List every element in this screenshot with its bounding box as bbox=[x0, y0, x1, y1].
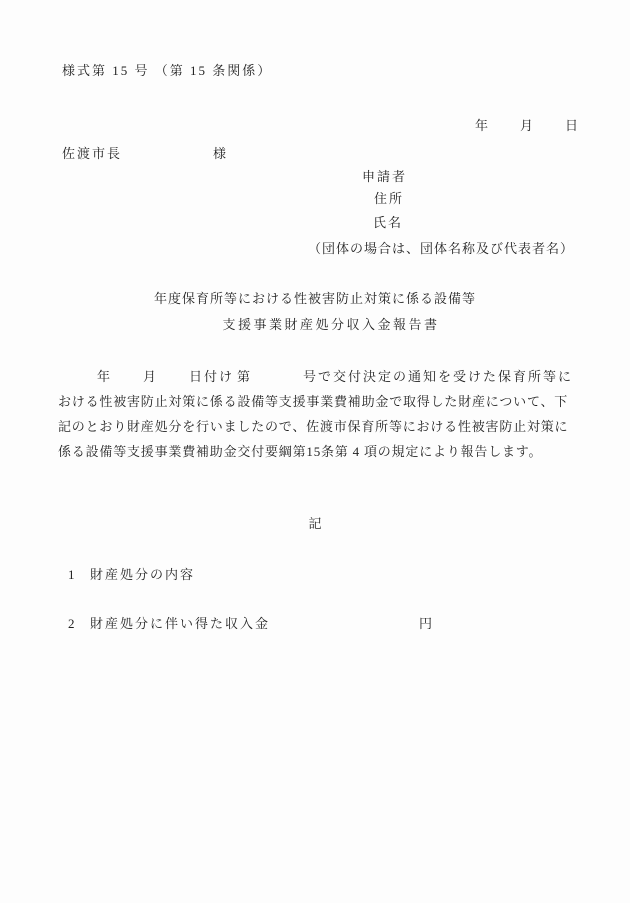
item-1-number: 1 bbox=[68, 566, 77, 584]
body-line1-year: 年 bbox=[97, 368, 112, 386]
item-2-number: 2 bbox=[68, 615, 77, 633]
body-line1-day: 日付け bbox=[189, 368, 234, 386]
item-2-unit: 円 bbox=[419, 615, 434, 633]
body-line1-number-prefix: 第 bbox=[237, 368, 252, 386]
body-line-4: 係る設備等支援事業費補助金交付要綱第15条第 4 項の規定により報告します。 bbox=[58, 443, 542, 461]
item-2-label: 財産処分に伴い得た収入金 bbox=[90, 615, 270, 633]
addressee: 佐渡市長 bbox=[62, 145, 122, 163]
applicant-name-label: 氏名 bbox=[373, 214, 403, 232]
applicant-group-note: （団体の場合は、団体名称及び代表者名） bbox=[308, 240, 574, 258]
body-line1-month: 月 bbox=[143, 368, 158, 386]
document-title-line2: 支援事業財産処分収入金報告書 bbox=[16, 316, 630, 334]
document-page: 様式第 15 号 （第 15 条関係） 年 月 日 佐渡市長 様 申請者 住所 … bbox=[0, 0, 630, 903]
body-line1-text: 号で交付決定の通知を受けた保育所等に bbox=[303, 368, 573, 386]
body-line-3: 記のとおり財産処分を行いましたので、佐渡市保育所等における性被害防止対策に bbox=[58, 418, 568, 436]
document-title-line1: 年度保育所等における性被害防止対策に係る設備等 bbox=[0, 290, 630, 308]
addressee-honorific: 様 bbox=[213, 145, 228, 163]
item-1-label: 財産処分の内容 bbox=[90, 566, 195, 584]
date-line: 年 月 日 bbox=[475, 117, 580, 135]
body-line-2: おける性被害防止対策に係る設備等支援事業費補助金で取得した財産について、下 bbox=[58, 393, 568, 411]
form-number: 様式第 15 号 （第 15 条関係） bbox=[62, 62, 272, 80]
applicant-label: 申請者 bbox=[362, 168, 407, 186]
applicant-address-label: 住所 bbox=[374, 190, 404, 208]
record-label: 記 bbox=[0, 515, 630, 533]
